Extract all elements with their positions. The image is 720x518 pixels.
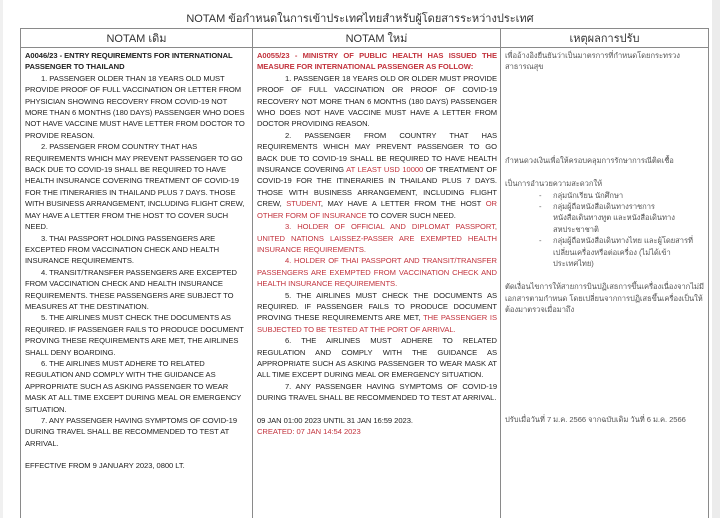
- highlight-student: STUDENT: [286, 199, 321, 208]
- page-title: NOTAM ข้อกำหนดในการเข้าประเทศไทยสำหรับผู…: [0, 9, 720, 27]
- old-notam-item-5: 5. THE AIRLINES MUST CHECK THE DOCUMENTS…: [25, 312, 249, 358]
- new-notam-heading: A0055/23 - MINISTRY OF PUBLIC HEALTH HAS…: [257, 50, 497, 73]
- old-notam-item-1: 1. PASSENGER OLDER THAN 18 YEARS OLD MUS…: [25, 73, 249, 141]
- reason-3-list: กลุ่มนักเรียน นักศึกษา กลุ่มผู้ถือหนังสื…: [505, 190, 705, 270]
- new-notam-item-4: 4. HOLDER OF THAI PASSPORT AND TRANSIT/T…: [257, 255, 497, 289]
- text: , MAY HAVE A LETTER FROM THE HOST: [321, 199, 486, 208]
- header-reason: เหตุผลการปรับ: [501, 29, 709, 48]
- new-notam-cell: A0055/23 - MINISTRY OF PUBLIC HEALTH HAS…: [253, 48, 501, 518]
- reason-3-item: กลุ่มผู้ถือหนังสือเดินทางราชการ หนังสือเ…: [539, 201, 705, 235]
- reason-cell: เพื่ออ้างอิงยืนยันว่าเป็นมาตรการที่กำหนด…: [501, 48, 709, 518]
- reason-5: ปรับเมื่อวันที่ 7 ม.ค. 2566 จากฉบับเดิม …: [505, 414, 705, 425]
- highlight-usd: AT LEAST USD 10000: [346, 165, 423, 174]
- new-notam-item-3: 3. HOLDER OF OFFICIAL AND DIPLOMAT PASSP…: [257, 221, 497, 255]
- new-notam-validity: 09 JAN 01:00 2023 UNTIL 31 JAN 16:59 202…: [257, 415, 497, 426]
- new-notam-item-7: 7. ANY PASSENGER HAVING SYMPTOMS OF COVI…: [257, 381, 497, 404]
- header-new-notam: NOTAM ใหม่: [253, 29, 501, 48]
- header-old-notam: NOTAM เดิม: [21, 29, 253, 48]
- old-notam-heading: A0046/23 - ENTRY REQUIREMENTS FOR INTERN…: [25, 50, 249, 73]
- new-notam-item-2: 2. PASSENGER FROM COUNTRY THAT HAS REQUI…: [257, 130, 497, 221]
- new-notam-created: CREATED: 07 JAN 14:54 2023: [257, 426, 497, 437]
- reason-3-intro: เป็นการอำนวยความสะดวกให้: [505, 178, 705, 189]
- new-notam-item-6: 6. THE AIRLINES MUST ADHERE TO RELATED R…: [257, 335, 497, 381]
- reason-1: เพื่ออ้างอิงยืนยันว่าเป็นมาตรการที่กำหนด…: [505, 50, 705, 73]
- old-notam-item-7: 7. ANY PASSENGER HAVING SYMPTOMS OF COVI…: [25, 415, 249, 449]
- reason-3-item: กลุ่มผู้ถือหนังสือเดินทางไทย และผู้โดยสา…: [539, 235, 705, 269]
- scrollbar-track[interactable]: [712, 0, 720, 518]
- old-notam-effective: EFFECTIVE FROM 9 JANUARY 2023, 0800 LT.: [25, 460, 249, 471]
- old-notam-item-2: 2. PASSENGER FROM COUNTRY THAT HAS REQUI…: [25, 141, 249, 232]
- reason-2: กำหนดวงเงินเพื่อให้ครอบคลุมการรักษาการณี…: [505, 155, 705, 166]
- old-notam-cell: A0046/23 - ENTRY REQUIREMENTS FOR INTERN…: [21, 48, 253, 518]
- page-edge-left: [0, 0, 3, 518]
- new-notam-item-1: 1. PASSENGER 18 YEARS OLD OR OLDER MUST …: [257, 73, 497, 130]
- table-header-row: NOTAM เดิม NOTAM ใหม่ เหตุผลการปรับ: [21, 29, 709, 48]
- reason-3-item: กลุ่มนักเรียน นักศึกษา: [539, 190, 705, 201]
- notam-comparison-table: NOTAM เดิม NOTAM ใหม่ เหตุผลการปรับ A004…: [20, 28, 709, 518]
- old-notam-item-4: 4. TRANSIT/TRANSFER PASSENGERS ARE EXCEP…: [25, 267, 249, 313]
- text: TO COVER SUCH NEED.: [366, 211, 455, 220]
- new-notam-item-5: 5. THE AIRLINES MUST CHECK THE DOCUMENTS…: [257, 290, 497, 336]
- old-notam-item-3: 3. THAI PASSPORT HOLDING PASSENGERS ARE …: [25, 233, 249, 267]
- old-notam-item-6: 6. THE AIRLINES MUST ADHERE TO RELATED R…: [25, 358, 249, 415]
- reason-4: ตัดเงื่อนไขการให้สายการบินปฏิเสธการขึ้นเ…: [505, 281, 705, 315]
- table-row: A0046/23 - ENTRY REQUIREMENTS FOR INTERN…: [21, 48, 709, 518]
